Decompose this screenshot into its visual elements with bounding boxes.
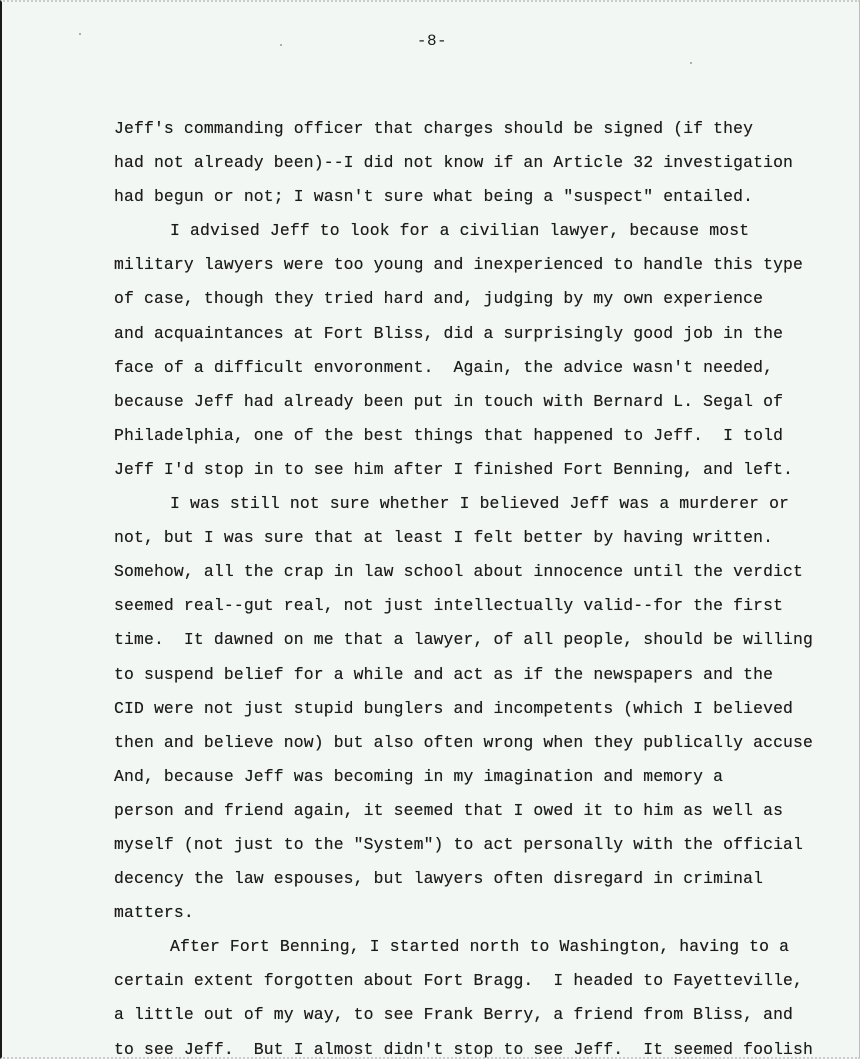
body-text: Jeff's commanding officer that charges s…	[114, 112, 860, 1059]
text-line: because Jeff had already been put in tou…	[114, 385, 860, 419]
text-line: had begun or not; I wasn't sure what bei…	[114, 180, 860, 214]
text-line: certain extent forgotten about Fort Brag…	[114, 964, 860, 998]
scan-speck	[280, 44, 282, 46]
text-line: time. It dawned on me that a lawyer, of …	[114, 623, 860, 657]
text-line: military lawyers were too young and inex…	[114, 248, 860, 282]
text-line: Somehow, all the crap in law school abou…	[114, 555, 860, 589]
text-line: a little out of my way, to see Frank Ber…	[114, 998, 860, 1032]
text-line: Philadelphia, one of the best things tha…	[114, 419, 860, 453]
text-line: And, because Jeff was becoming in my ima…	[114, 760, 860, 794]
scan-speck	[690, 62, 692, 64]
text-line: of case, though they tried hard and, jud…	[114, 282, 860, 316]
text-line: Jeff I'd stop in to see him after I fini…	[114, 453, 860, 487]
text-line: I advised Jeff to look for a civilian la…	[114, 214, 860, 248]
scan-speck	[79, 33, 81, 35]
text-line: After Fort Benning, I started north to W…	[114, 930, 860, 964]
text-line: Jeff's commanding officer that charges s…	[114, 112, 860, 146]
text-line: myself (not just to the "System") to act…	[114, 828, 860, 862]
text-line: CID were not just stupid bunglers and in…	[114, 692, 860, 726]
text-line: had not already been)--I did not know if…	[114, 146, 860, 180]
text-line: face of a difficult envoronment. Again, …	[114, 351, 860, 385]
text-line: not, but I was sure that at least I felt…	[114, 521, 860, 555]
text-line: I was still not sure whether I believed …	[114, 487, 860, 521]
text-line: decency the law espouses, but lawyers of…	[114, 862, 860, 896]
text-line: and acquaintances at Fort Bliss, did a s…	[114, 317, 860, 351]
document-page: -8- Jeff's commanding officer that charg…	[0, 0, 860, 1059]
text-line: to see Jeff. But I almost didn't stop to…	[114, 1033, 860, 1059]
text-line: person and friend again, it seemed that …	[114, 794, 860, 828]
text-line: matters.	[114, 896, 860, 930]
text-line: to suspend belief for a while and act as…	[114, 658, 860, 692]
page-number: -8-	[2, 32, 860, 50]
text-line: seemed real--gut real, not just intellec…	[114, 589, 860, 623]
text-line: then and believe now) but also often wro…	[114, 726, 860, 760]
